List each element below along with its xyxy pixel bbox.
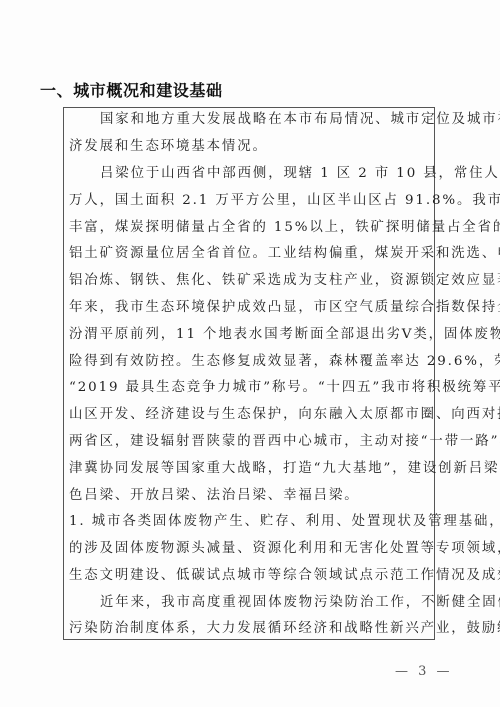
paragraph-line: 山区开发、经济建设与生态保护，向东融入太原都市圈、向西对接陕蒙: [69, 407, 500, 423]
paragraph-line: 近年来，我市高度重视固体废物污染防治工作，不断健全固体废物: [100, 595, 500, 611]
paragraph-line: 的涉及固体废物源头减量、资源化利用和无害化处置等专项领域，以及: [69, 541, 500, 557]
paragraph-line: 万人，国土面积 2.1 万平方公里，山区半山区占 91.8%。我市矿产资源: [69, 193, 500, 209]
paragraph-line: 两省区，建设辐射晋陕蒙的晋西中心城市，主动对接“一带一路”、京: [69, 434, 500, 450]
paragraph-line: 济发展和生态环境基本情况。: [69, 139, 268, 155]
paragraph-line: 铝土矿资源量位居全省首位。工业结构偏重，煤炭开采和洗选、电力、: [69, 246, 500, 262]
paragraph-line: 国家和地方重大发展战略在本市布局情况、城市定位及城市社会经: [100, 112, 500, 128]
paragraph-line: “2019 最具生态竞争力城市”称号。“十四五”我市将积极统筹平川与: [69, 380, 500, 396]
paragraph-line: 铝冶炼、钢铁、焦化、铁矿采选成为支柱产业，资源锁定效应显著。近: [69, 273, 500, 289]
paragraph-line: 汾渭平原前列，11 个地表水国考断面全部退出劣Ⅴ类，固体废物环境风: [69, 327, 500, 343]
paragraph-line: 津冀协同发展等国家重大战略，打造“九大基地”，建设创新吕梁、绿: [69, 461, 500, 477]
section-heading: 一、城市概况和建设基础: [40, 78, 223, 101]
document-page: 一、城市概况和建设基础 国家和地方重大发展战略在本市布局情况、城市定位及城市社会…: [0, 0, 500, 707]
paragraph-line: 年来，我市生态环境保护成效凸显，市区空气质量综合指数保持全省和: [69, 300, 500, 316]
paragraph-line: 1. 城市各类固体废物产生、贮存、利用、处置现状及管理基础，已开展: [69, 514, 500, 530]
paragraph-line: 色吕梁、开放吕梁、法治吕梁、幸福吕梁。: [69, 488, 360, 504]
page-number: — 3 —: [395, 664, 453, 679]
content-box: 国家和地方重大发展战略在本市布局情况、城市定位及城市社会经 济发展和生态环境基本…: [63, 107, 435, 640]
paragraph-line: 险得到有效防控。生态修复成效显著，森林覆盖率达 29.6%，荣获全国: [69, 354, 500, 370]
paragraph-line: 生态文明建设、低碳试点城市等综合领域试点示范工作情况及成效。: [69, 568, 500, 584]
paragraph-line: 丰富，煤炭探明储量占全省的 15%以上，铁矿探明储量占全省的 28%，: [69, 220, 500, 236]
paragraph-line: 吕梁位于山西省中部西侧，现辖 1 区 2 市 10 县，常住人口为 340: [100, 166, 500, 182]
paragraph-line: 污染防治制度体系，大力发展循环经济和战略性新兴产业，鼓励绿色矿: [69, 621, 500, 637]
